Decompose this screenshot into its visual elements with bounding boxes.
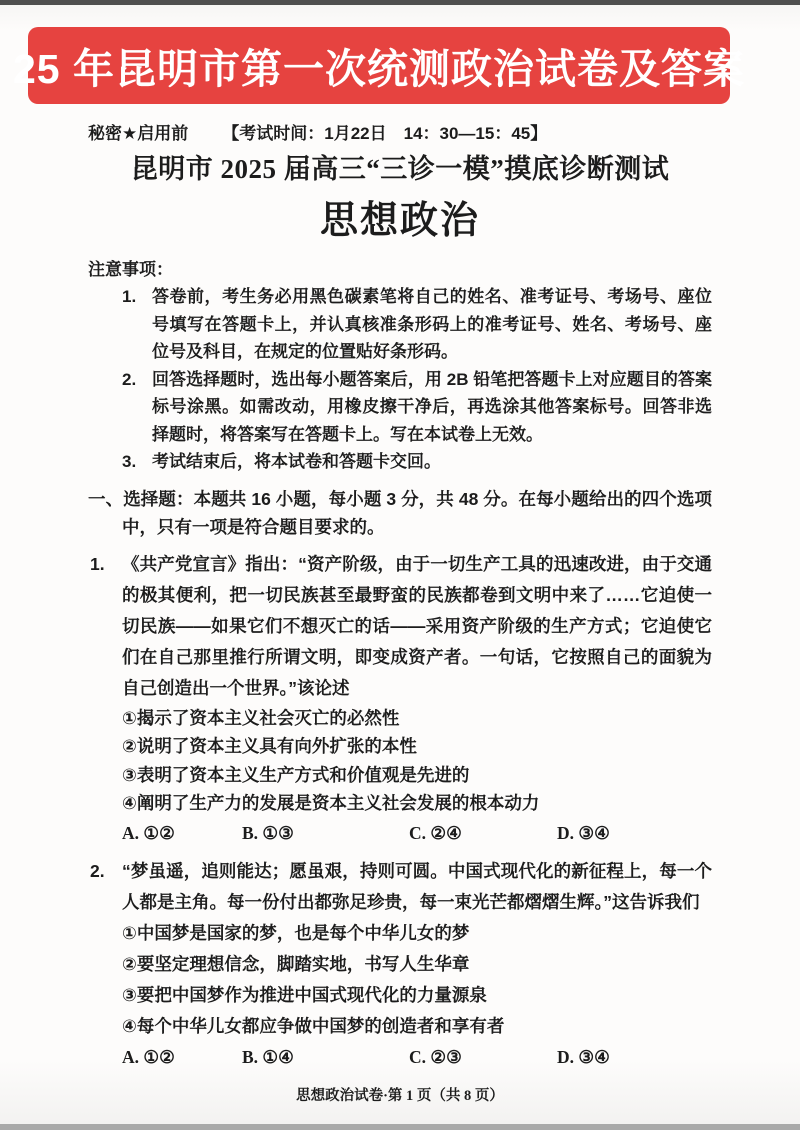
note-text: 回答选择题时，选出每小题答案后，用 2B 铅笔把答题卡上对应题目的答案标号涂黑。…	[152, 370, 712, 444]
statement-1: ①揭示了资本主义社会灭亡的必然性	[122, 704, 712, 733]
statement-2: ②要坚定理想信念，脚踏实地，书写人生华章	[122, 949, 712, 980]
exam-meta-row: 秘密★启用前 【考试时间：1月22日 14：30—15：45】	[88, 122, 712, 146]
choices-row: A. ①② B. ①④ C. ②③ D. ③④	[122, 1042, 712, 1072]
question-stem: “梦虽遥，追则能达；愿虽艰，持则可圆。中国式现代化的新征程上，每一个人都是主角。…	[122, 856, 712, 918]
choice-a: A. ①②	[122, 1042, 242, 1072]
choice-a: A. ①②	[122, 818, 242, 848]
question-number: 1.	[90, 549, 105, 580]
choices-row: A. ①② B. ①③ C. ②④ D. ③④	[122, 818, 712, 848]
choice-c: C. ②④	[409, 818, 557, 848]
note-text: 答卷前，考生务必用黑色碳素笔将自己的姓名、准考证号、考场号、座位号填写在答题卡上…	[152, 287, 712, 361]
notes-heading: 注意事项：	[88, 256, 712, 283]
statement-4: ④阐明了生产力的发展是资本主义社会发展的根本动力	[122, 789, 712, 818]
bottom-edge-strip	[0, 1124, 800, 1130]
statement-3: ③表明了资本主义生产方式和价值观是先进的	[122, 761, 712, 790]
security-label: 秘密★启用前	[88, 122, 188, 146]
statement-2: ②说明了资本主义具有向外扩张的本性	[122, 732, 712, 761]
choice-b: B. ①④	[242, 1042, 409, 1072]
note-item-3: 3. 考试结束后，将本试卷和答题卡交回。	[88, 448, 712, 476]
question-stem: 《共产党宣言》指出：“资产阶级，由于一切生产工具的迅速改进，由于交通的极其便利，…	[122, 549, 712, 704]
note-item-1: 1. 答卷前，考生务必用黑色碳素笔将自己的姓名、准考证号、考场号、座位号填写在答…	[88, 283, 712, 366]
subject-title: 思想政治	[88, 196, 712, 246]
statement-4: ④每个中华儿女都应争做中国梦的创造者和享有者	[122, 1011, 712, 1042]
question-number: 2.	[90, 856, 105, 887]
note-number: 3.	[122, 448, 136, 476]
banner-title: 25 年昆明市第一次统测政治试卷及答案	[13, 36, 745, 95]
note-item-2: 2. 回答选择题时，选出每小题答案后，用 2B 铅笔把答题卡上对应题目的答案标号…	[88, 366, 712, 449]
note-number: 1.	[122, 283, 136, 311]
note-text: 考试结束后，将本试卷和答题卡交回。	[152, 452, 441, 471]
choice-c: C. ②③	[409, 1042, 557, 1072]
choice-d: D. ③④	[557, 818, 712, 848]
exam-time-label: 【考试时间：1月22日 14：30—15：45】	[222, 122, 547, 146]
choice-b: B. ①③	[242, 818, 409, 848]
exam-paper-page: 25 年昆明市第一次统测政治试卷及答案 秘密★启用前 【考试时间：1月22日 1…	[0, 0, 800, 1130]
paper-body: 秘密★启用前 【考试时间：1月22日 14：30—15：45】 昆明市 2025…	[0, 122, 800, 1106]
question-1: 1. 《共产党宣言》指出：“资产阶级，由于一切生产工具的迅速改进，由于交通的极其…	[88, 549, 712, 848]
statement-1: ①中国梦是国家的梦，也是每个中华儿女的梦	[122, 918, 712, 949]
page-footer: 思想政治试卷·第 1 页（共 8 页）	[88, 1086, 712, 1106]
statement-3: ③要把中国梦作为推进中国式现代化的力量源泉	[122, 980, 712, 1011]
question-2: 2. “梦虽遥，追则能达；愿虽艰，持则可圆。中国式现代化的新征程上，每一个人都是…	[88, 856, 712, 1072]
exam-title: 昆明市 2025 届高三“三诊一模”摸底诊断测试	[88, 150, 712, 188]
choice-d: D. ③④	[557, 1042, 712, 1072]
red-title-banner: 25 年昆明市第一次统测政治试卷及答案	[28, 27, 730, 104]
top-edge-strip	[0, 0, 800, 5]
section-header-choice-questions: 一、选择题：本题共 16 小题，每小题 3 分，共 48 分。在每小题给出的四个…	[88, 485, 712, 541]
note-number: 2.	[122, 366, 136, 394]
